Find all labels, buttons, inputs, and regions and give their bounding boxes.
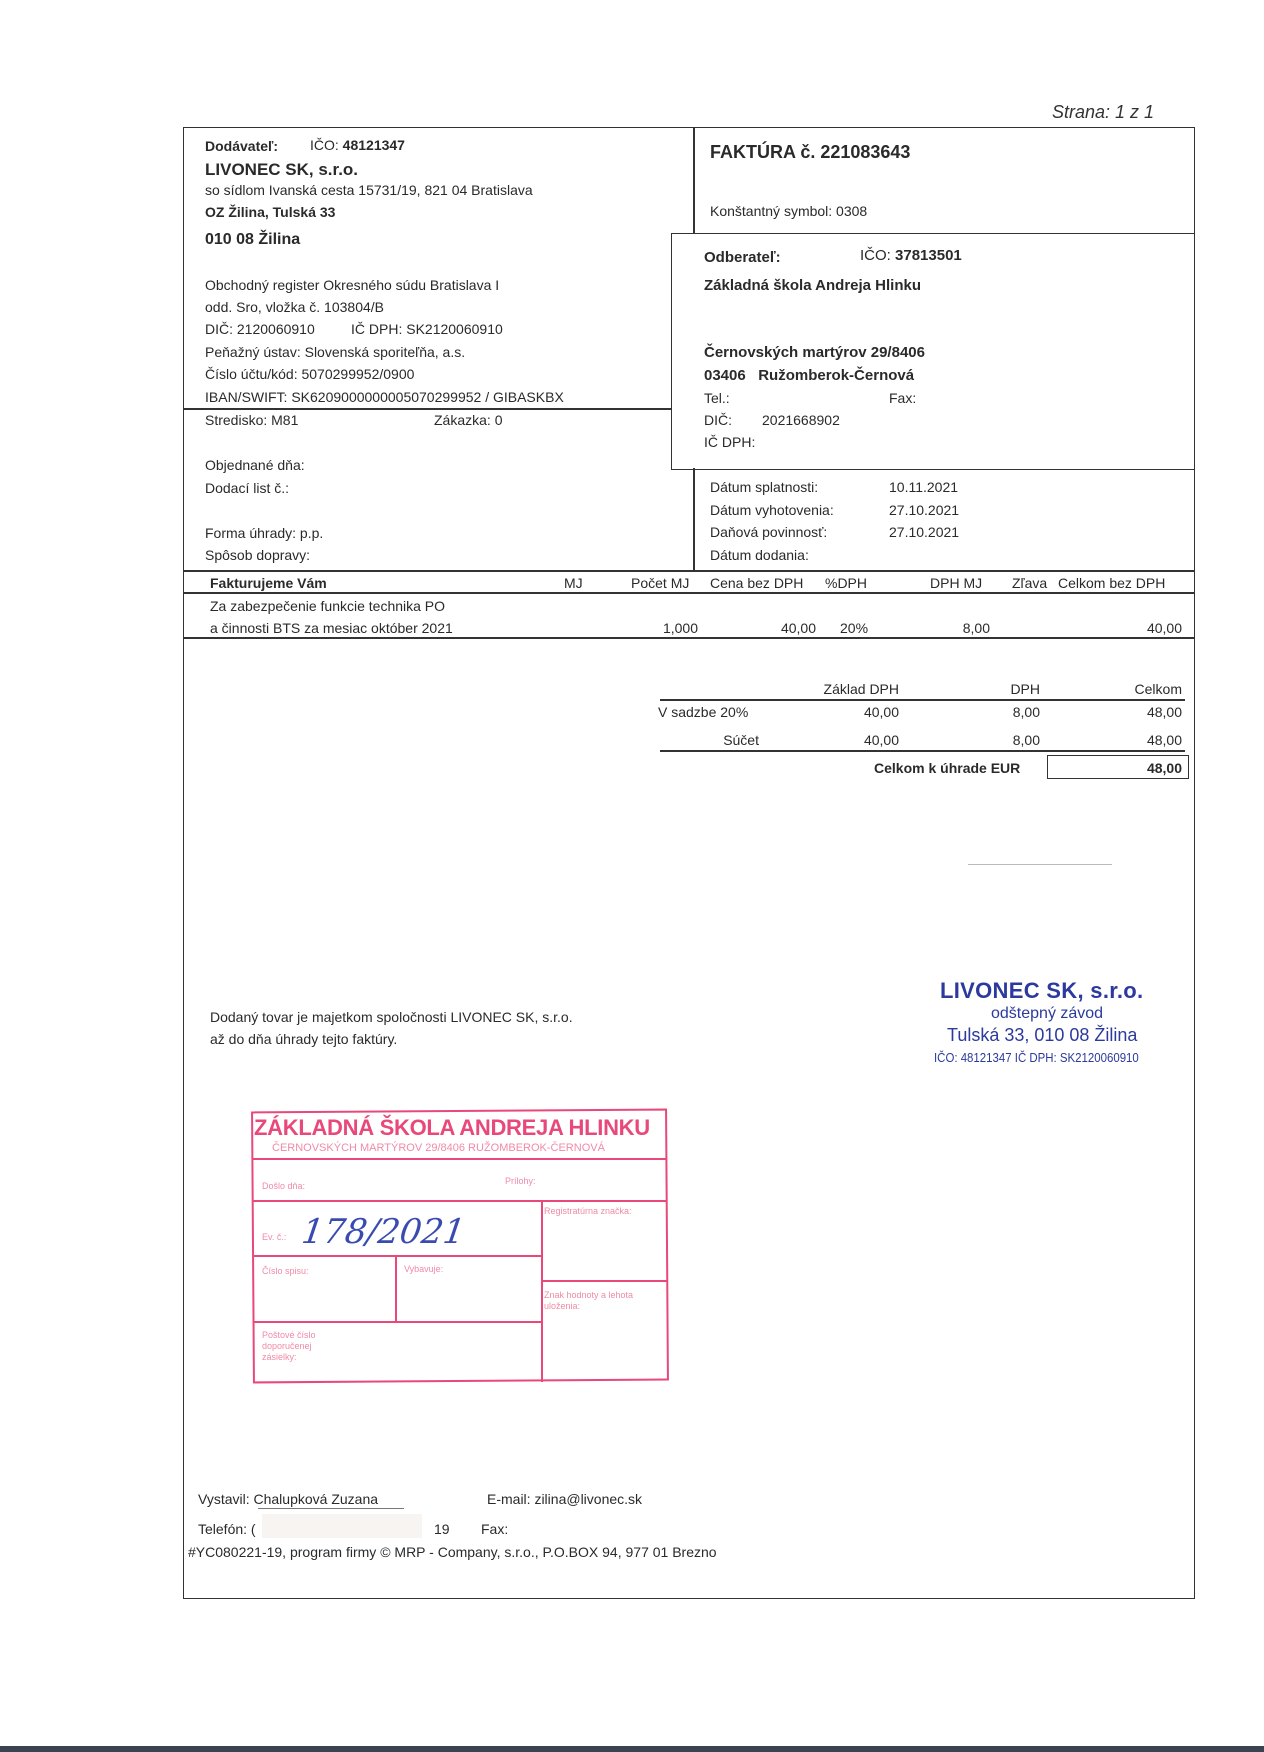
registry-retention: Znak hodnoty a lehota uloženia:: [544, 1290, 654, 1312]
customer-label: Odberateľ:: [704, 249, 781, 267]
footer-fax: Fax:: [481, 1520, 508, 1538]
col-description: Fakturujeme Vám: [210, 574, 327, 592]
customer-street: Černovských martýrov 29/8406: [704, 344, 925, 361]
issued-by-underline: [258, 1508, 404, 1509]
item-price: 40,00: [740, 619, 816, 637]
table-header-line: [183, 592, 1195, 594]
item-qty: 1,000: [620, 619, 698, 637]
supplier-dic: DIČ: 2120060910: [205, 320, 315, 338]
supplier-account: Číslo účtu/kód: 5070299952/0900: [205, 365, 414, 383]
date-issued-value: 27.10.2021: [889, 501, 959, 519]
registry-line-1: [253, 1158, 667, 1160]
phone-redaction: [262, 1514, 422, 1538]
delivery-note: Dodací list č.:: [205, 479, 289, 497]
footer-phone-tail: 19: [434, 1520, 450, 1538]
date-issued-label: Dátum vyhotovenia:: [710, 501, 834, 519]
supplier-ic-dph: IČ DPH: SK2120060910: [351, 320, 503, 338]
company-stamp-line-1: odštepný závod: [991, 1005, 1103, 1023]
ownership-note-1: Dodaný tovar je majetkom spoločnosti LIV…: [210, 1008, 573, 1026]
supplier-bank: Peňažný ústav: Slovenská sporiteľňa, a.s…: [205, 343, 465, 361]
item-description-1: Za zabezpečenie funkcie technika PO: [210, 597, 445, 615]
supplier-ico: IČO: 48121347: [310, 136, 405, 154]
supplier-register-2: odd. Sro, vložka č. 103804/B: [205, 298, 384, 316]
summary-sum-line: [660, 750, 1185, 752]
supplier-ico-value: 48121347: [343, 137, 405, 153]
customer-ico-value: 37813501: [895, 247, 962, 264]
summary-sum-label: Súčet: [660, 731, 759, 749]
supplier-order: Zákazka: 0: [434, 411, 502, 429]
summary-sum-base: 40,00: [780, 731, 899, 749]
registry-file-no: Číslo spisu:: [262, 1266, 309, 1277]
customer-fax: Fax:: [889, 389, 916, 407]
supplier-iban: IBAN/SWIFT: SK6209000000005070299952 / G…: [205, 388, 564, 406]
summary-header-line: [660, 699, 1185, 701]
customer-name: Základná škola Andreja Hlinku: [704, 277, 921, 294]
issued-by: Vystavil: Chalupková Zuzana: [198, 1490, 378, 1508]
registry-stamp-title: ZÁKLADNÁ ŠKOLA ANDREJA HLINKU: [254, 1115, 650, 1141]
payment-method: Forma úhrady: p.p.: [205, 524, 323, 542]
constant-symbol: Konštantný symbol: 0308: [710, 202, 867, 220]
registry-line-2: [253, 1200, 667, 1202]
date-due-label: Dátum splatnosti:: [710, 478, 818, 496]
iban-separator: [183, 408, 672, 410]
registry-stamp-subtitle: ČERNOVSKÝCH MARTÝROV 29/8406 RUŽOMBEROK-…: [272, 1142, 605, 1154]
ownership-note-2: až do dňa úhrady tejto faktúry.: [210, 1030, 397, 1048]
summary-row-total: 48,00: [1080, 703, 1182, 721]
col-unit: MJ: [564, 574, 583, 592]
supplier-center: Stredisko: M81: [205, 411, 298, 429]
signature-line: [968, 864, 1112, 865]
invoice-title: FAKTÚRA č. 221083643: [710, 142, 910, 163]
summary-row-label: V sadzbe 20%: [658, 703, 748, 721]
date-tax-value: 27.10.2021: [889, 523, 959, 541]
registry-received: Došlo dňa:: [262, 1181, 305, 1192]
company-stamp-line-2: Tulská 33, 010 08 Žilina: [947, 1025, 1137, 1046]
registry-vline-mid: [395, 1255, 397, 1321]
customer-ico: IČO: 37813501: [860, 247, 962, 265]
page-indicator: Strana: 1 z 1: [1052, 102, 1154, 123]
header-divider-lower: [693, 468, 695, 570]
supplier-name: LIVONEC SK, s.r.o.: [205, 160, 358, 180]
supplier-ico-label: IČO:: [310, 137, 339, 153]
col-total: Celkom bez DPH: [1058, 574, 1165, 592]
footer-software: #YC080221-19, program firmy © MRP - Comp…: [188, 1543, 717, 1561]
customer-dic-label: DIČ:: [704, 411, 732, 429]
summary-row-vat: 8,00: [960, 703, 1040, 721]
summary-sum-total: 48,00: [1080, 731, 1182, 749]
col-price: Cena bez DPH: [710, 574, 803, 592]
customer-tel: Tel.:: [704, 389, 730, 407]
col-discount: Zľava: [1012, 574, 1047, 592]
summary-col-vat: DPH: [960, 680, 1040, 698]
date-tax-label: Daňová povinnosť:: [710, 523, 827, 541]
customer-city: 03406 Ružomberok-Černová: [704, 367, 914, 384]
summary-col-base: Základ DPH: [780, 680, 899, 698]
company-stamp-line-3: IČO: 48121347 IČ DPH: SK2120060910: [934, 1050, 1139, 1065]
supplier-label: Dodávateľ:: [205, 137, 278, 155]
col-qty: Počet MJ: [631, 574, 689, 592]
registry-line-5: [253, 1321, 541, 1323]
item-total: 40,00: [1080, 619, 1182, 637]
date-due-value: 10.11.2021: [889, 478, 958, 496]
item-vat-pct: 20%: [840, 619, 868, 637]
registry-postal: Poštové číslo doporučenej zásielky:: [262, 1330, 337, 1363]
summary-col-total: Celkom: [1080, 680, 1182, 698]
registry-regno-handwritten: 178/2021: [299, 1212, 468, 1252]
summary-sum-vat: 8,00: [960, 731, 1040, 749]
table-top-line: [183, 570, 1195, 572]
header-divider: [693, 127, 695, 234]
supplier-city: 010 08 Žilina: [205, 231, 300, 249]
ordered-date: Objednané dňa:: [205, 456, 305, 474]
col-vat-unit: DPH MJ: [930, 574, 982, 592]
date-delivery-label: Dátum dodania:: [710, 546, 809, 564]
registry-handled-by: Vybavuje:: [404, 1264, 443, 1275]
registry-attachments: Prílohy:: [505, 1176, 536, 1187]
footer-email: E-mail: zilina@livonec.sk: [487, 1490, 642, 1508]
summary-row-base: 40,00: [780, 703, 899, 721]
registry-vline-right: [541, 1200, 543, 1382]
supplier-seat: so sídlom Ivanská cesta 15731/19, 821 04…: [205, 181, 533, 199]
item-description-2: a činnosti BTS za mesiac október 2021: [210, 619, 453, 637]
registry-reg-mark: Registratúrna značka:: [544, 1206, 632, 1217]
registry-line-3: [253, 1255, 541, 1257]
registry-line-4: [541, 1280, 667, 1282]
col-vat-pct: %DPH: [825, 574, 867, 592]
supplier-branch: OZ Žilina, Tulská 33: [205, 203, 335, 221]
footer-phone-label: Telefón: (: [198, 1520, 256, 1538]
item-vat-unit: 8,00: [920, 619, 990, 637]
grand-total-value: 48,00: [1050, 759, 1182, 777]
registry-regno-label: Ev. č.:: [262, 1232, 286, 1243]
supplier-register-1: Obchodný register Okresného súdu Bratisl…: [205, 276, 499, 294]
customer-ico-label: IČO:: [860, 247, 891, 264]
company-stamp-name: LIVONEC SK, s.r.o.: [940, 978, 1143, 1004]
customer-dic: 2021668902: [762, 411, 840, 429]
scan-edge: [0, 1746, 1264, 1752]
transport-method: Spôsob dopravy:: [205, 546, 310, 564]
table-bottom-line: [183, 637, 1195, 639]
grand-total-label: Celkom k úhrade EUR: [874, 759, 1020, 777]
customer-ic-dph: IČ DPH:: [704, 433, 755, 451]
